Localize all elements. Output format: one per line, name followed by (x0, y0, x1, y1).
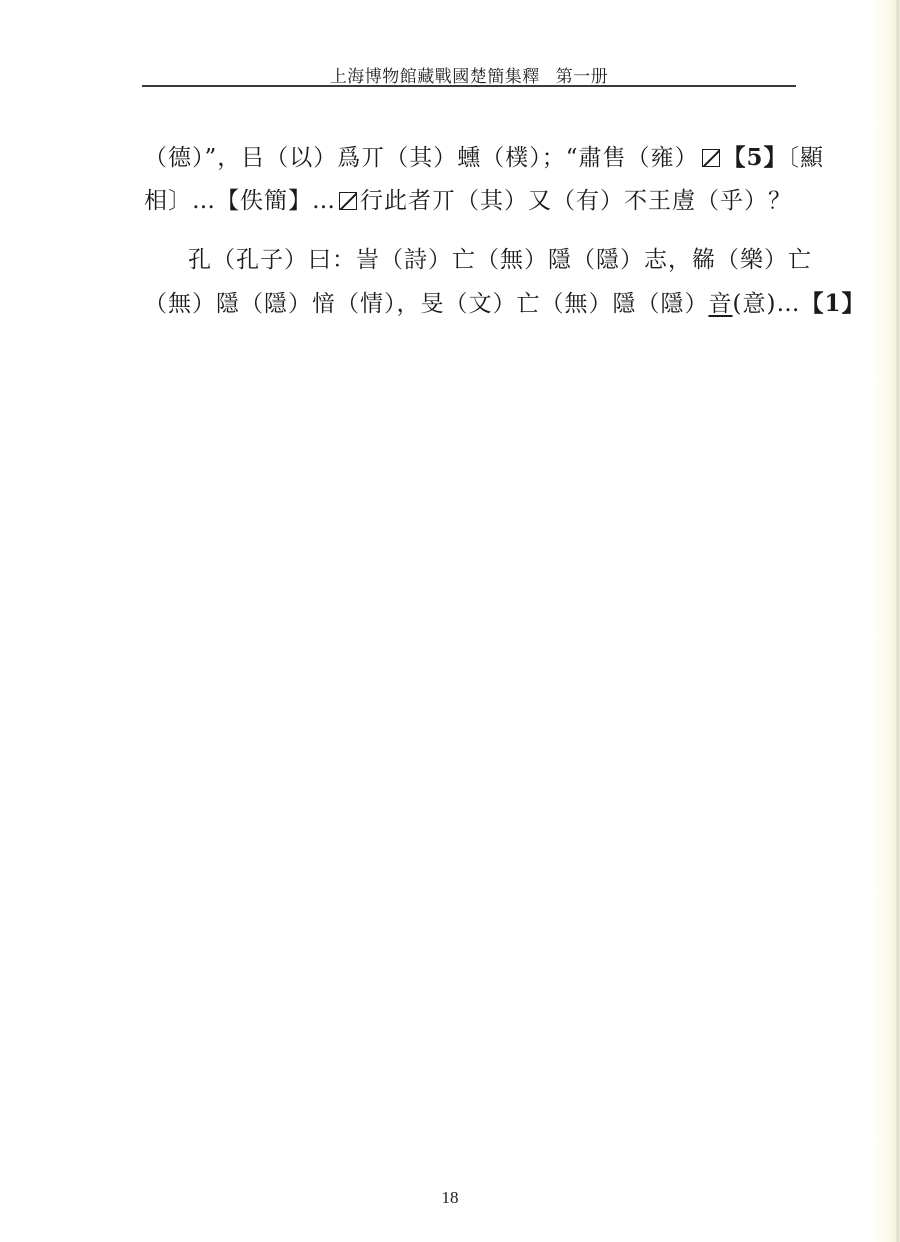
lacuna-box-icon (702, 149, 720, 167)
body-text: （德）”，㠯（以）爲丌（其）䗼（樸）；“肅售（雍）【5】〔顯 相〕…【佚簡】…行… (144, 136, 798, 326)
text-line-2: 相〕…【佚簡】…行此者丌（其）又（有）不王䖒（乎）？ (144, 180, 798, 223)
volume-label: 第一册 (556, 67, 609, 87)
paragraph-1: （德）”，㠯（以）爲丌（其）䗼（樸）；“肅售（雍）【5】〔顯 相〕…【佚簡】…行… (144, 136, 798, 223)
text-line-1: （德）”，㠯（以）爲丌（其）䗼（樸）；“肅售（雍）【5】〔顯 (144, 136, 798, 180)
slip-number-marker: 【5】 (723, 144, 788, 171)
text-segment: （無）隱（隱）愔（情），旻（文）亡（無）隱（隱） (144, 291, 709, 317)
text-segment: … (312, 188, 336, 214)
text-segment: (意)… (733, 291, 801, 317)
page-number: 18 (0, 1188, 900, 1208)
slip-number-marker: 【1】 (800, 290, 865, 317)
text-segment: 相〕… (144, 188, 216, 214)
section-marker: 【佚簡】 (216, 188, 312, 214)
lacuna-box-icon (339, 192, 357, 210)
text-line-4: （無）隱（隱）愔（情），旻（文）亡（無）隱（隱）音(意)…【1】 (144, 282, 798, 326)
header-rule (142, 85, 796, 87)
text-segment: 行此者丌（其）又（有）不王䖒（乎）？ (360, 188, 792, 214)
text-segment: 〔顯 (788, 145, 825, 171)
underlined-character: 音 (709, 291, 733, 317)
text-segment: （德）”，㠯（以）爲丌（其）䗼（樸）；“肅售（雍） (144, 145, 699, 171)
header-title: 上海博物館藏戰國楚簡集釋第一册 (142, 62, 796, 87)
book-title: 上海博物館藏戰國楚簡集釋 (330, 67, 540, 87)
paragraph-2: 孔（孔子）曰：訔（詩）亡（無）隱（隱）志，㣈（樂）亡 （無）隱（隱）愔（情），旻… (144, 239, 798, 326)
text-line-3: 孔（孔子）曰：訔（詩）亡（無）隱（隱）志，㣈（樂）亡 (144, 239, 798, 282)
running-header: 上海博物館藏戰國楚簡集釋第一册 (142, 60, 796, 90)
page-edge-shadow (870, 0, 900, 1242)
